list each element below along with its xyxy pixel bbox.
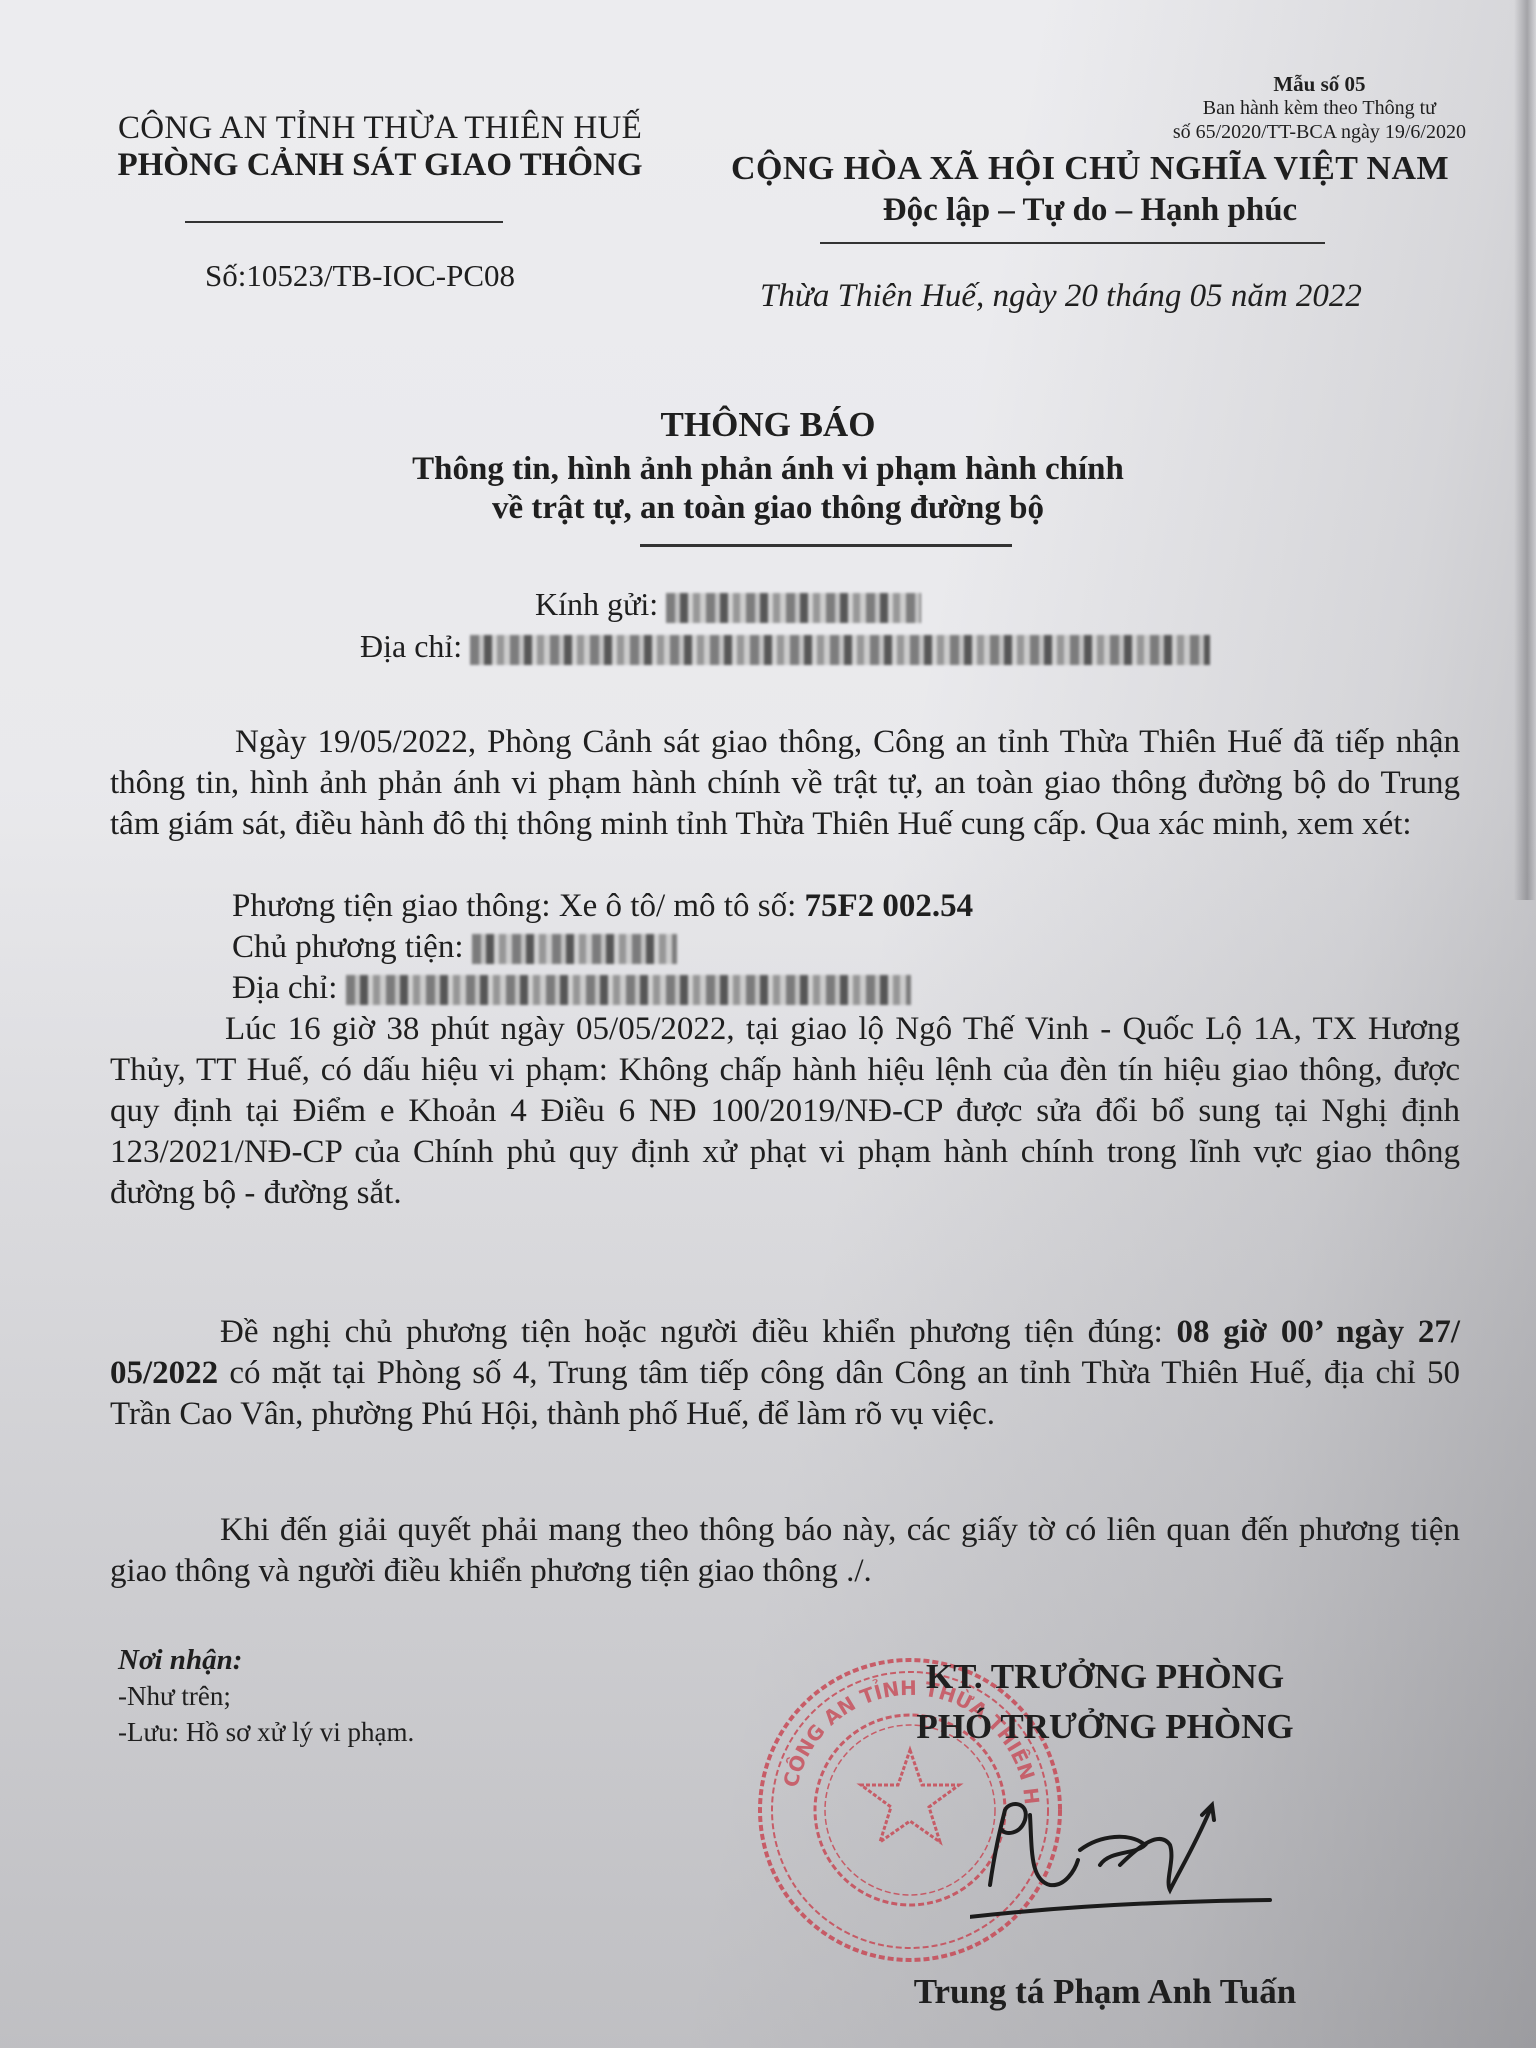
redacted-recipient-name (666, 593, 921, 623)
form-note-line1: Ban hành kèm theo Thông tư (1173, 96, 1466, 120)
paragraph-summons: Đề nghị chủ phương tiện hoặc người điều … (110, 1312, 1460, 1435)
title-sub2: về trật tự, an toàn giao thông đường bộ (0, 490, 1536, 527)
paragraph-violation: Lúc 16 giờ 38 phút ngày 05/05/2022, tại … (110, 1009, 1460, 1214)
form-note-line2: số 65/2020/TT-BCA ngày 19/6/2020 (1173, 120, 1466, 144)
handwritten-signature-icon (970, 1790, 1290, 1920)
document-title: THÔNG BÁO Thông tin, hình ảnh phản ánh v… (0, 405, 1536, 527)
department-name: PHÒNG CẢNH SÁT GIAO THÔNG (60, 147, 700, 184)
address-label: Địa chỉ: (360, 628, 462, 664)
owner-row: Chủ phương tiện: (232, 927, 973, 968)
national-motto: Độc lập – Tự do – Hạnh phúc (700, 192, 1480, 229)
document-number: Số:10523/TB-IOC-PC08 (205, 258, 515, 294)
distribution-item: -Như trên; (118, 1678, 414, 1714)
signer-title-2: PHÓ TRƯỞNG PHÒNG (860, 1702, 1350, 1752)
redacted-recipient-address (470, 635, 1210, 665)
summons-text-before: Đề nghị chủ phương tiện hoặc người điều … (220, 1314, 1177, 1350)
paragraph-requirements-text: Khi đến giải quyết phải mang theo thông … (110, 1512, 1460, 1589)
summons-text-after: có mặt tại Phòng số 4, Trung tâm tiếp cô… (110, 1355, 1460, 1432)
signer-title-1: KT. TRƯỞNG PHÒNG (860, 1652, 1350, 1702)
vehicle-details: Phương tiện giao thông: Xe ô tô/ mô tô s… (232, 886, 973, 1009)
signer-name: Trung tá Phạm Anh Tuấn (860, 1972, 1350, 2012)
redacted-owner-name (472, 934, 677, 964)
vehicle-label: Phương tiện giao thông: Xe ô tô/ mô tô s… (232, 888, 796, 924)
national-header: CỘNG HÒA XÃ HỘI CHỦ NGHĨA VIỆT NAM Độc l… (700, 150, 1480, 229)
issuing-agency-header: CÔNG AN TỈNH THỪA THIÊN HUẾ PHÒNG CẢNH S… (60, 110, 700, 184)
paragraph-intro-text: Ngày 19/05/2022, Phòng Cảnh sát giao thô… (110, 724, 1460, 842)
owner-address-label: Địa chỉ: (232, 970, 337, 1006)
motto-underline (820, 242, 1325, 244)
form-reference: Mẫu số 05 Ban hành kèm theo Thông tư số … (1173, 72, 1466, 144)
distribution-heading: Nơi nhận: (118, 1642, 414, 1678)
license-plate: 75F2 002.54 (805, 888, 974, 924)
owner-label: Chủ phương tiện: (232, 929, 464, 965)
title-underline (640, 544, 1012, 547)
title-main: THÔNG BÁO (0, 405, 1536, 445)
to-label: Kính gửi: (535, 586, 658, 622)
vehicle-row: Phương tiện giao thông: Xe ô tô/ mô tô s… (232, 886, 973, 927)
owner-address-row: Địa chỉ: (232, 968, 973, 1009)
recipient-block: Kính gửi: Địa chỉ: (360, 583, 1210, 667)
paragraph-intro: Ngày 19/05/2022, Phòng Cảnh sát giao thô… (110, 722, 1460, 845)
paragraph-requirements: Khi đến giải quyết phải mang theo thông … (110, 1510, 1460, 1592)
title-sub1: Thông tin, hình ảnh phản ánh vi phạm hàn… (0, 451, 1536, 488)
paragraph-violation-text: Lúc 16 giờ 38 phút ngày 05/05/2022, tại … (110, 1011, 1460, 1211)
department-underline (185, 221, 503, 223)
distribution-item: -Lưu: Hồ sơ xử lý vi phạm. (118, 1714, 414, 1750)
form-code: Mẫu số 05 (1173, 72, 1466, 96)
place-and-date: Thừa Thiên Huế, ngày 20 tháng 05 năm 202… (760, 278, 1362, 315)
nation-name: CỘNG HÒA XÃ HỘI CHỦ NGHĨA VIỆT NAM (700, 150, 1480, 188)
distribution-list: Nơi nhận: -Như trên; -Lưu: Hồ sơ xử lý v… (118, 1642, 414, 1750)
agency-name: CÔNG AN TỈNH THỪA THIÊN HUẾ (60, 110, 700, 147)
redacted-owner-address (346, 975, 911, 1005)
